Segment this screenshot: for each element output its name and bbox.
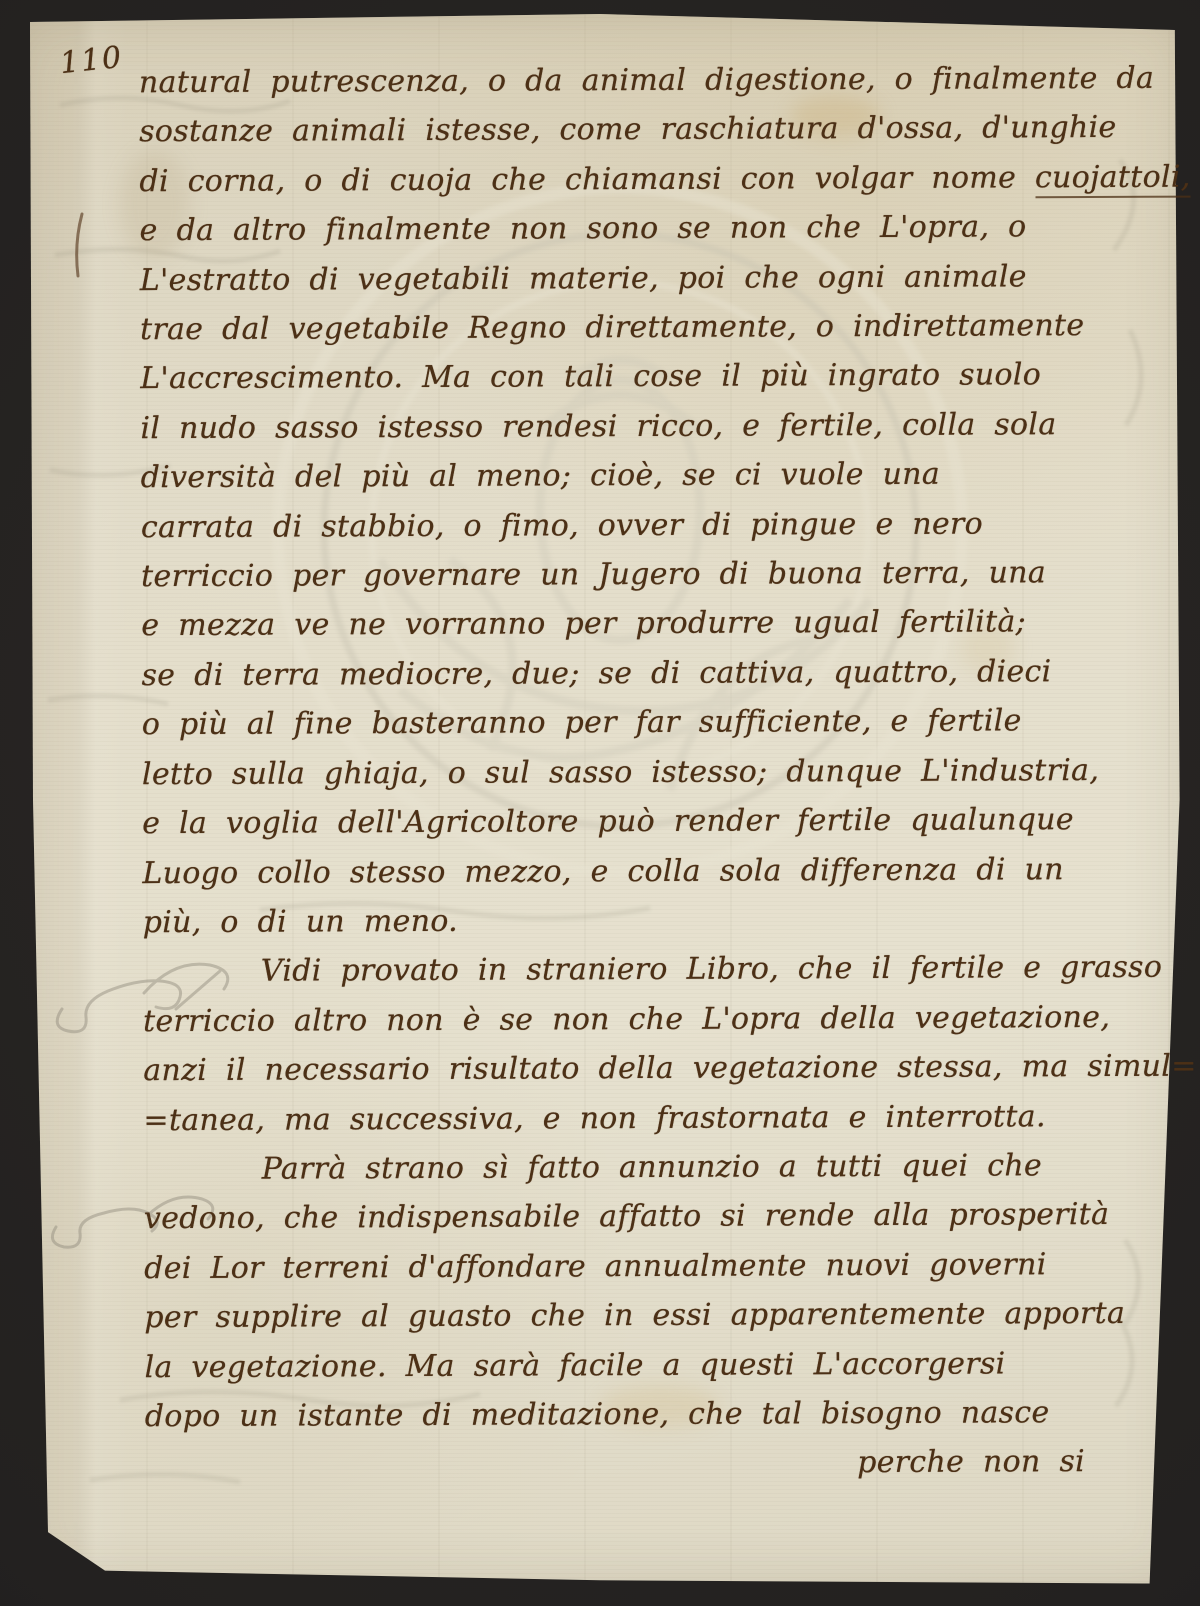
manuscript-line: più, o di un meno. <box>143 894 1143 948</box>
manuscript-line: se di terra mediocre, due; se di cattiva… <box>141 647 1141 701</box>
catchword: perche non si <box>145 1437 1145 1491</box>
manuscript-line: per supplire al guasto che in essi appar… <box>144 1289 1144 1343</box>
manuscript-line: terriccio per governare un Jugero di buo… <box>141 548 1141 602</box>
manuscript-line: sostanze animali istesse, come raschiatu… <box>139 103 1139 157</box>
manuscript-line: e da altro finalmente non sono se non ch… <box>140 202 1140 256</box>
manuscript-line: natural putrescenza, o da animal digesti… <box>139 54 1139 108</box>
manuscript-line: carrata di stabbio, o fimo, ovver di pin… <box>141 498 1141 552</box>
manuscript-line: trae dal vegetabile Regno direttamente, … <box>140 301 1140 355</box>
manuscript-line: il nudo sasso istesso rendesi ricco, e f… <box>140 400 1140 454</box>
manuscript-line: letto sulla ghiaja, o sul sasso istesso;… <box>142 746 1142 800</box>
manuscript-line: o più al fine basteranno per far suffici… <box>142 696 1142 750</box>
line-text: di corna, o di cuoja che chiamansi con v… <box>139 160 1035 199</box>
manuscript-line: dopo un istante di meditazione, che tal … <box>145 1388 1145 1442</box>
manuscript-line: L'accrescimento. Ma con tali cose il più… <box>140 350 1140 404</box>
manuscript-line: Luogo collo stesso mezzo, e colla sola d… <box>142 844 1142 898</box>
margin-ink-stroke <box>70 210 90 280</box>
manuscript-text: natural putrescenza, o da animal digesti… <box>139 54 1145 1491</box>
page-number: 110 <box>58 41 124 81</box>
manuscript-line-paragraph-start: Parrà strano sì fatto annunzio a tutti q… <box>144 1141 1144 1195</box>
manuscript-line: e la voglia dell'Agricoltore può render … <box>142 795 1142 849</box>
underlined-word: cuojattoli, <box>1035 159 1191 198</box>
manuscript-line: di corna, o di cuoja che chiamansi con v… <box>139 153 1139 207</box>
manuscript-line: e mezza ve ne vorranno per produrre ugua… <box>141 597 1141 651</box>
scanned-manuscript-view: 110 natural putrescenza, o da animal dig… <box>0 0 1200 1606</box>
manuscript-line: =tanea, ma successiva, e non frastornata… <box>143 1091 1143 1145</box>
manuscript-line: la vegetazione. Ma sarà facile a questi … <box>144 1338 1144 1392</box>
manuscript-line: dei Lor terreni d'affondare annualmente … <box>144 1240 1144 1294</box>
manuscript-line: diversità del più al meno; cioè, se ci v… <box>141 449 1141 503</box>
manuscript-line-paragraph-start: Vidi provato in straniero Libro, che il … <box>143 943 1143 997</box>
manuscript-line: anzi il necessario risultato della veget… <box>143 1042 1143 1096</box>
manuscript-line: vedono, che indispensabile affatto si re… <box>144 1190 1144 1244</box>
manuscript-line: L'estratto di vegetabili materie, poi ch… <box>140 251 1140 305</box>
manuscript-line: terriccio altro non è se non che L'opra … <box>143 993 1143 1047</box>
